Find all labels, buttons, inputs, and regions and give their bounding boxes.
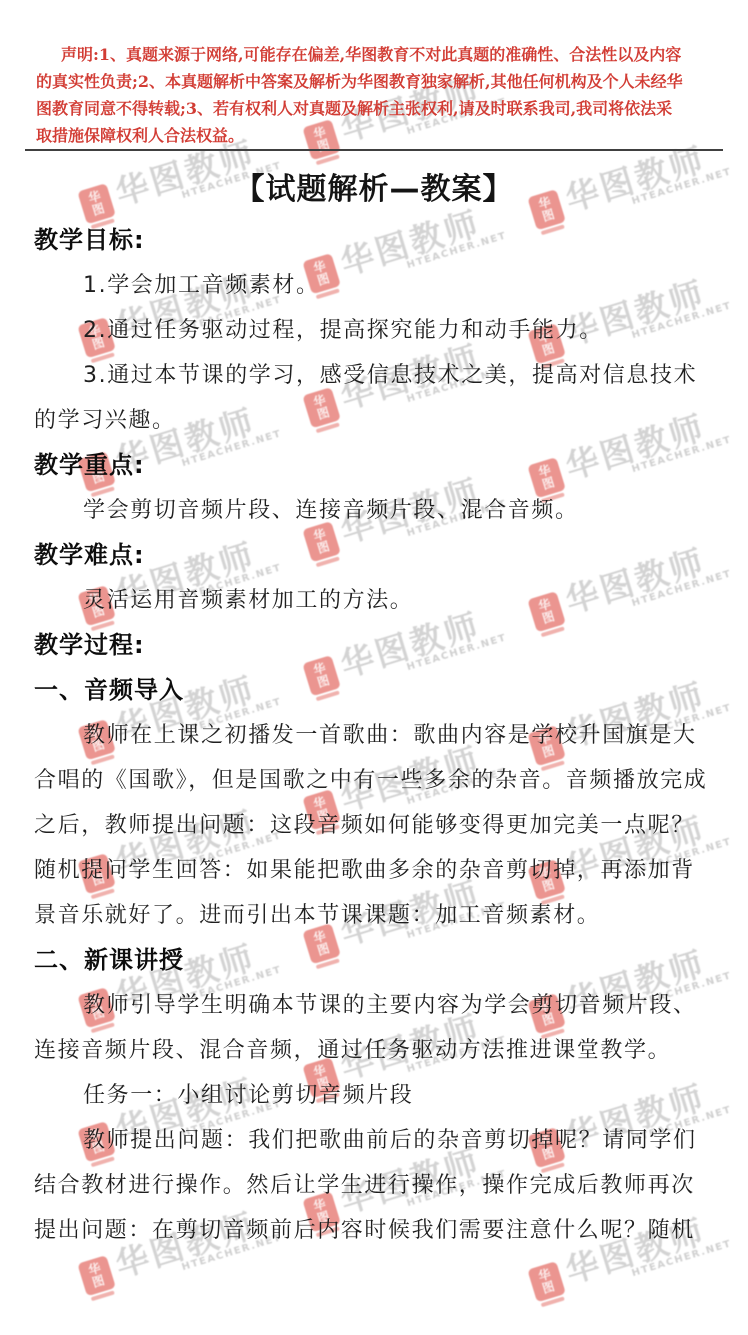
content-line: 学会剪切音频片段、连接音频片段、混合音频。 <box>34 488 724 533</box>
content-line: 合唱的《国歌》，但是国歌之中有一些多余的杂音。音频播放完成 <box>34 758 724 803</box>
content-line: 教师在上课之初播发一首歌曲：歌曲内容是学校升国旗是大 <box>34 713 724 758</box>
content-heading: 教学重点: <box>34 443 724 488</box>
huatu-logo-icon: 华图 <box>527 1261 567 1308</box>
content-line: 1.学会加工音频素材。 <box>34 263 724 308</box>
disclaimer-line: 图教育同意不得转载;3、若有权利人对真题及解析主张权利,请及时联系我司,我司将依… <box>36 95 722 122</box>
content-heading: 教学目标: <box>34 218 724 263</box>
disclaimer-line: 声明:1、真题来源于网络,可能存在偏差,华图教育不对此真题的准确性、合法性以及内… <box>36 41 722 68</box>
logo-glyph: 图 <box>541 1279 556 1295</box>
document-body: 教学目标:1.学会加工音频素材。2.通过任务驱动过程，提高探究能力和动手能力。3… <box>34 218 724 1253</box>
logo-subtext-mark <box>541 1296 565 1307</box>
content-heading: 教学难点: <box>34 533 724 578</box>
content-heading: 一、音频导入 <box>34 668 724 713</box>
disclaimer-line: 的真实性负责;2、本真题解析中答案及解析为华图教育独家解析,其他任何机构及个人未… <box>36 68 722 95</box>
content-line: 的学习兴趣。 <box>34 398 724 443</box>
huatu-logo-square: 华图 <box>527 1261 566 1302</box>
content-line: 之后，教师提出问题：这段音频如何能够变得更加完美一点呢？ <box>34 803 724 848</box>
disclaimer-line: 取措施保障权利人合法权益。 <box>36 122 722 149</box>
content-heading: 教学过程: <box>34 623 724 668</box>
content-line: 3.通过本节课的学习，感受信息技术之美，提高对信息技术 <box>34 353 724 398</box>
disclaimer-prefix: 声明: <box>61 45 99 64</box>
content-line: 连接音频片段、混合音频，通过任务驱动方法推进课堂教学。 <box>34 1028 724 1073</box>
content-line: 结合教材进行操作。然后让学生进行操作，操作完成后教师再次 <box>34 1163 724 1208</box>
page-title: 【试题解析—教案】 <box>0 164 748 208</box>
content-line: 景音乐就好了。进而引出本节课课题：加工音频素材。 <box>34 893 724 938</box>
logo-glyph: 图 <box>91 1273 106 1289</box>
logo-subtext-mark <box>91 1290 115 1301</box>
content-line: 随机提问学生回答：如果能把歌曲多余的杂音剪切掉，再添加背 <box>34 848 724 893</box>
logo-glyph: 华 <box>87 1261 102 1277</box>
content-line: 教师提出问题：我们把歌曲前后的杂音剪切掉呢？请同学们 <box>34 1118 724 1163</box>
content-line: 2.通过任务驱动过程，提高探究能力和动手能力。 <box>34 308 724 353</box>
content-line: 任务一：小组讨论剪切音频片段 <box>34 1073 724 1118</box>
disclaimer-text: 1、真题来源于网络,可能存在偏差,华图教育不对此真题的准确性、合法性以及内容 <box>99 45 681 64</box>
divider <box>25 149 723 151</box>
huatu-logo-icon: 华图 <box>77 1255 117 1302</box>
content-line: 教师引导学生明确本节课的主要内容为学会剪切音频片段、 <box>34 983 724 1028</box>
disclaimer: 声明:1、真题来源于网络,可能存在偏差,华图教育不对此真题的准确性、合法性以及内… <box>36 41 722 149</box>
content-line: 提出问题：在剪切音频前后内容时候我们需要注意什么呢？随机 <box>34 1208 724 1253</box>
huatu-logo-square: 华图 <box>77 1255 116 1296</box>
content-line: 灵活运用音频素材加工的方法。 <box>34 578 724 623</box>
document-page: 华图华图教师HTEACHER.NET华图华图教师HTEACHER.NET华图华图… <box>0 0 748 1335</box>
content-heading: 二、新课讲授 <box>34 938 724 983</box>
logo-glyph: 华 <box>537 1267 552 1283</box>
